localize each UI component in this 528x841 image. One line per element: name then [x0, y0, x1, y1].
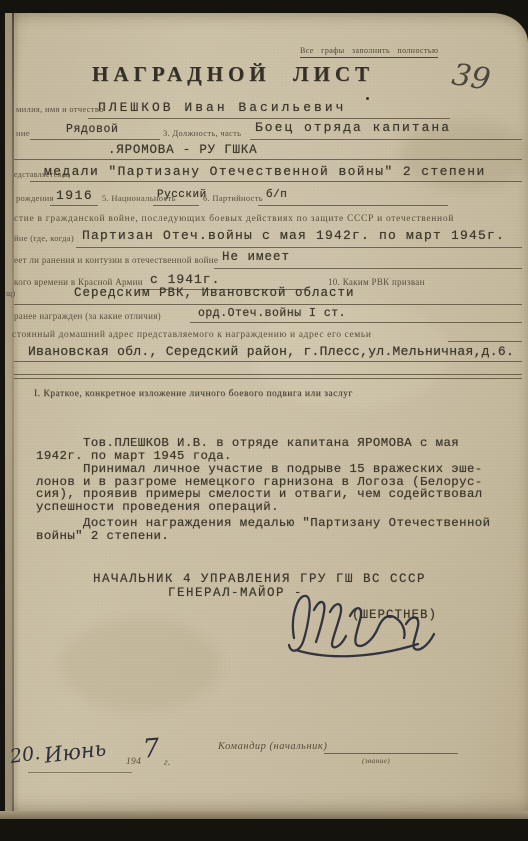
field-party-value: б/п — [266, 189, 287, 201]
field-prev-awards-label: ранее награжден (за какие отличия) — [14, 311, 161, 321]
handwritten-signature — [278, 584, 443, 662]
printed-year-prefix: 194 — [126, 757, 141, 767]
field-rvk-value: Середским РВК, Ивановской области — [74, 286, 355, 300]
citation-paragraph-2: Принимал личное участие в подрыве 15 вра… — [36, 463, 516, 513]
field-participation-label: стие в гражданской войне, последующих бо… — [14, 214, 454, 224]
field-name-label: милия, имя и отчество — [16, 104, 104, 114]
rule-line — [30, 139, 160, 140]
rule-line — [190, 322, 522, 323]
rule-line — [258, 205, 448, 206]
rule-line — [214, 268, 522, 269]
field-position-value: Боец отряда капитана — [255, 120, 451, 135]
rule-line — [50, 205, 98, 206]
field-address-label: стоянный домашний адрес представляемого … — [12, 330, 372, 340]
document-title: НАГРАДНОЙ ЛИСТ — [92, 62, 374, 87]
year-digit-handwritten: 7 — [142, 733, 161, 764]
field-birthyear-label: рождения — [16, 193, 54, 203]
fill-all-fields-note: Все графы заполнить полностью — [300, 46, 438, 58]
field-rank-value: Рядовой — [66, 123, 119, 136]
field-wounds-label: еет ли ранения и контузии в отечественно… — [14, 255, 218, 265]
rule-line — [30, 181, 522, 182]
field-position-label: 3. Должность, часть — [163, 128, 241, 138]
field-address-value: Ивановская обл., Середский район, г.Плес… — [28, 344, 514, 359]
binding-fold-line — [12, 13, 14, 818]
rule-line — [250, 139, 522, 140]
rule-line — [76, 247, 522, 248]
page-number-handwritten: 39 — [449, 57, 492, 98]
rule-line — [153, 205, 199, 206]
year-suffix: г. — [164, 758, 171, 768]
citation-paragraph-1: Тов.ПЛЕШКОВ И.В. в отряде капитана ЯРОМО… — [36, 437, 516, 462]
field-name-value: ПЛЕШКОВ Иван Васильевич — [98, 100, 346, 115]
field-party-label: 6. Партийность — [203, 193, 263, 203]
commander-label: Командир (начальник) — [218, 741, 327, 752]
rule-line — [88, 118, 450, 119]
commander-signature-line — [324, 753, 458, 754]
field-rvk-label-stub: щ) — [6, 289, 15, 298]
date-day-handwritten: 20. — [9, 742, 42, 768]
field-wherewhen-value: Партизан Отеч.войны с мая 1942г. по март… — [82, 228, 505, 243]
date-underline — [28, 772, 132, 773]
field-wherewhen-label: йне (где, когда) — [14, 233, 74, 243]
rule-line — [448, 341, 522, 342]
field-birthyear-value: 1916 — [56, 188, 93, 203]
rule-line — [14, 378, 522, 379]
page-bottom-edge — [0, 811, 528, 819]
rule-line — [14, 304, 522, 305]
field-army-since-value: с 1941г. — [150, 272, 220, 287]
scanned-document: Все графы заполнить полностью НАГРАДНОЙ … — [0, 0, 528, 841]
field-unit-value: .ЯРОМОВА - РУ ГШКА — [108, 143, 257, 157]
rule-line — [14, 159, 522, 160]
section1-heading: I. Краткое, конкретное изложение личного… — [34, 389, 353, 399]
rule-line — [14, 361, 522, 362]
rank-hint: (звание) — [362, 756, 390, 765]
citation-paragraph-3: Достоин награждения медалью "Партизану О… — [36, 517, 516, 542]
field-wounds-value: Не имеет — [222, 250, 290, 264]
field-award-value: медали "Партизану Отечественной войны" 2… — [44, 164, 486, 179]
field-prev-awards-value: орд.Отеч.войны I ст. — [198, 307, 346, 320]
binding-page-edges — [5, 13, 12, 818]
rule-line — [14, 374, 522, 375]
field-rank-label: ние — [16, 128, 30, 138]
field-nationality-value: Русский — [157, 189, 207, 201]
ink-dot — [366, 97, 369, 100]
